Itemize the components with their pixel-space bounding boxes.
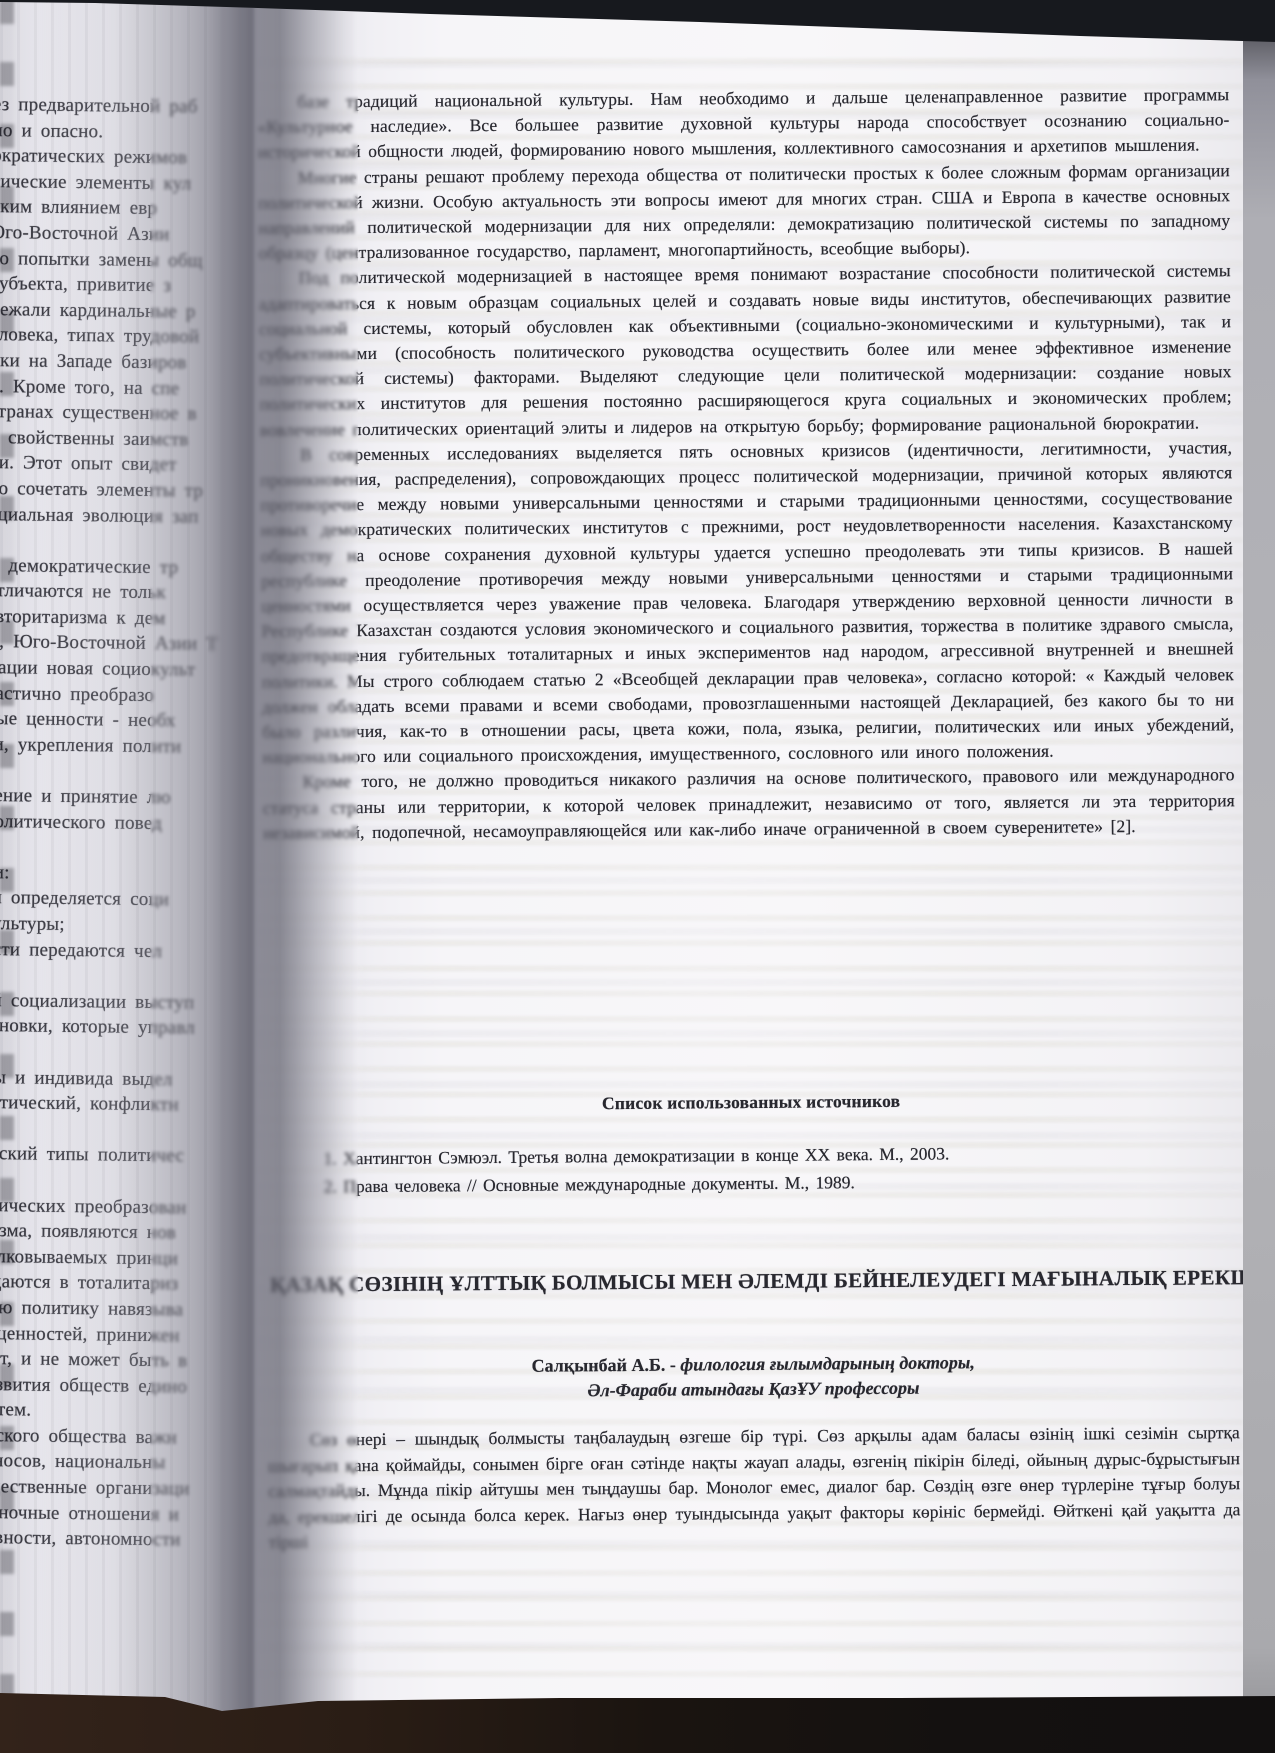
body-paragraph: Под политической модернизацией в настоящ… <box>259 259 1232 443</box>
author-degree: филология ғылымдарының докторы, <box>680 1352 975 1374</box>
body-paragraph: Многие страны решают проблему перехода о… <box>258 158 1231 266</box>
sources-heading: Список использованных источников <box>265 1088 1237 1117</box>
gutter-shadow <box>208 0 358 1753</box>
article-title: ҚАЗАҚ СӨЗІНІҢ ҰЛТТЫҚ БОЛМЫСЫ МЕН ӘЛЕМДІ … <box>254 1261 1243 1300</box>
body-paragraph: базе традиций национальной культуры. Нам… <box>257 82 1230 165</box>
sources-list: 1. Хантингтон Сэмюэл. Третья волна демок… <box>323 1138 1223 1200</box>
author-name: Салқынбай А.Б. - <box>531 1355 680 1376</box>
kazakh-paragraph: Сөз өнері – шындық болмысты таңбалаудың … <box>268 1420 1241 1556</box>
right-page-content: базе традиций национальной культуры. Нам… <box>257 0 1243 1753</box>
right-page: базе традиций национальной культуры. Нам… <box>254 0 1243 1753</box>
body-paragraphs: базе традиций национальной культуры. Нам… <box>257 82 1235 846</box>
book-scan: ез предварительной рабно и опасно.ократи… <box>0 0 1275 1753</box>
author-block: Салқынбай А.Б. - филология ғылымдарының … <box>267 1348 1239 1406</box>
binding-edge-shadow <box>0 0 14 1753</box>
body-paragraph: В современных исследованиях выделяется п… <box>260 435 1235 770</box>
body-paragraph: Кроме того, не должно проводиться никако… <box>263 763 1236 846</box>
scanner-edge-right <box>1243 0 1275 1753</box>
